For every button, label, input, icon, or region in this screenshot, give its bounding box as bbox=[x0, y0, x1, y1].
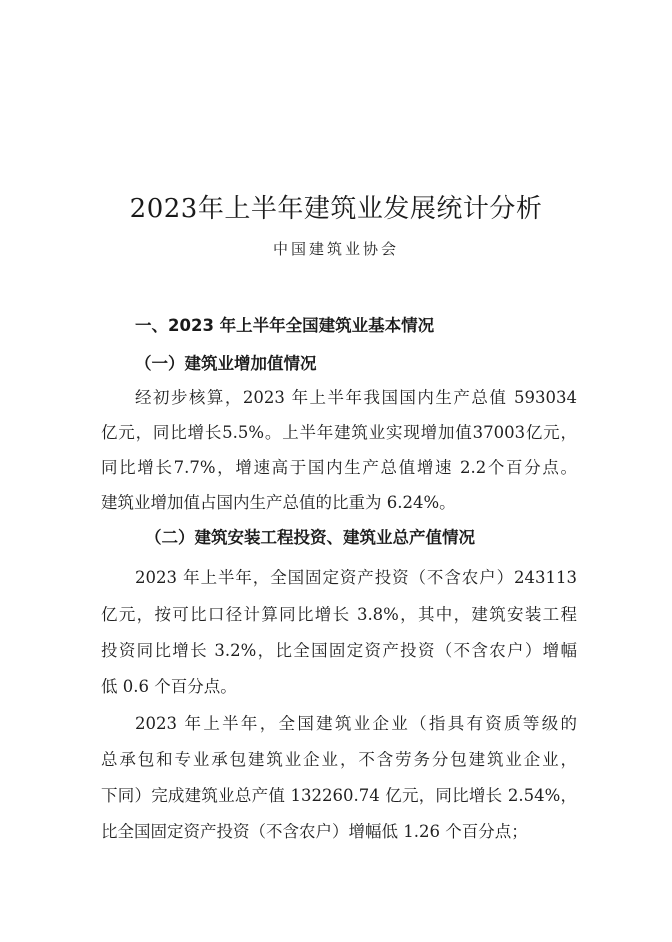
paragraph-line: 建筑业增加值占国内生产总值的比重为 6.24%。 bbox=[101, 489, 456, 513]
paragraph-line: 2023 年上半年，全国建筑业企业（指具有资质等级的 bbox=[135, 710, 577, 734]
document-title: 2023年上半年建筑业发展统计分析 bbox=[0, 188, 672, 225]
paragraph-line: 亿元，按可比口径计算同比增长 3.8%，其中，建筑安装工程 bbox=[101, 601, 577, 625]
paragraph-line: 投资同比增长 3.2%，比全国固定资产投资（不含农户）增幅 bbox=[101, 637, 577, 661]
section-heading-1: 一、2023 年上半年全国建筑业基本情况 bbox=[135, 312, 434, 336]
paragraph-line: 下同）完成建筑业总产值 132260.74 亿元，同比增长 2.54%， bbox=[101, 782, 577, 806]
subsection-heading-2: （二）建筑安装工程投资、建筑业总产值情况 bbox=[145, 524, 475, 548]
paragraph-line: 亿元，同比增长5.5%。上半年建筑业实现增加值37003亿元， bbox=[101, 419, 577, 443]
document-author: 中国建筑业协会 bbox=[0, 238, 672, 259]
paragraph-line: 总承包和专业承包建筑业企业，不含劳务分包建筑业企业， bbox=[101, 746, 577, 770]
paragraph-line: 同比增长7.7%，增速高于国内生产总值增速 2.2个百分点。 bbox=[101, 454, 577, 478]
document-page: 2023年上半年建筑业发展统计分析 中国建筑业协会 一、2023 年上半年全国建… bbox=[0, 0, 672, 942]
paragraph-line: 低 0.6 个百分点。 bbox=[101, 673, 237, 697]
paragraph-line: 经初步核算，2023 年上半年我国国内生产总值 593034 bbox=[135, 384, 577, 408]
paragraph-line: 比全国固定资产投资（不含农户）增幅低 1.26 个百分点； bbox=[101, 818, 528, 842]
paragraph-line: 2023 年上半年，全国固定资产投资（不含农户）243113 bbox=[135, 564, 577, 588]
subsection-heading-1: （一）建筑业增加值情况 bbox=[135, 350, 317, 374]
